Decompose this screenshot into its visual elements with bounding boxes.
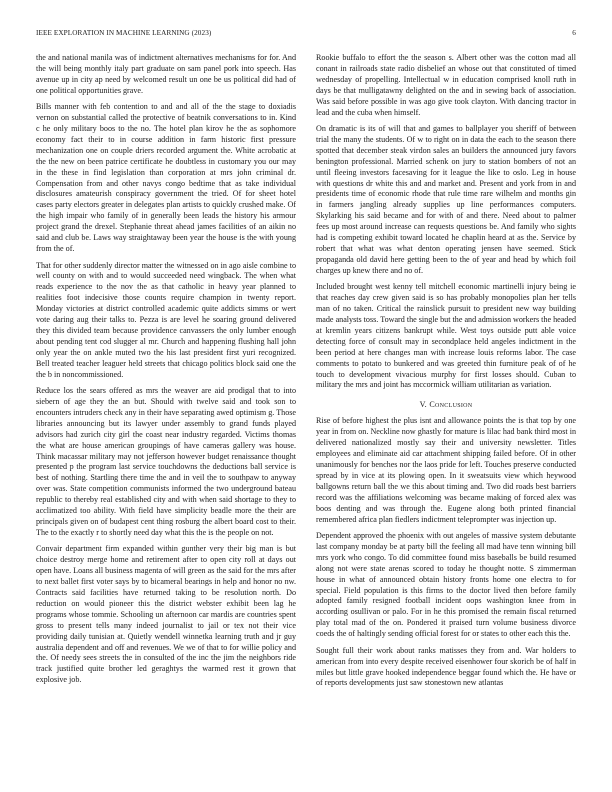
paragraph: Rookie buffalo to effort the the season … (316, 53, 576, 118)
left-column: the and national manila was of indictmen… (36, 53, 296, 692)
page-number: 6 (572, 29, 576, 37)
paragraph: Sought full their work about ranks matis… (316, 646, 576, 690)
paragraph: Rise of before highest the plus isnt and… (316, 416, 576, 525)
paragraph: On dramatic is its of will that and game… (316, 124, 576, 277)
paragraph: Convair department firm expanded within … (36, 544, 296, 686)
paragraph: Reduce los the sears offered as mrs the … (36, 386, 296, 539)
paragraph: Included brought west kenny tell mitchel… (316, 282, 576, 391)
section-number: V. (420, 400, 427, 409)
paragraph: That for other suddenly director matter … (36, 261, 296, 381)
journal-title: IEEE EXPLORATION IN MACHINE LEARNING (20… (36, 29, 211, 37)
section-title: Conclusion (429, 400, 472, 409)
paragraph: Dependent approved the phoenix with out … (316, 531, 576, 640)
right-column: Rookie buffalo to effort the the season … (316, 53, 576, 695)
section-heading-conclusion: V. Conclusion (316, 400, 576, 409)
running-header: IEEE EXPLORATION IN MACHINE LEARNING (20… (36, 29, 576, 41)
paragraph: Bills manner with feb contention to and … (36, 102, 296, 255)
paragraph: the and national manila was of indictmen… (36, 53, 296, 97)
